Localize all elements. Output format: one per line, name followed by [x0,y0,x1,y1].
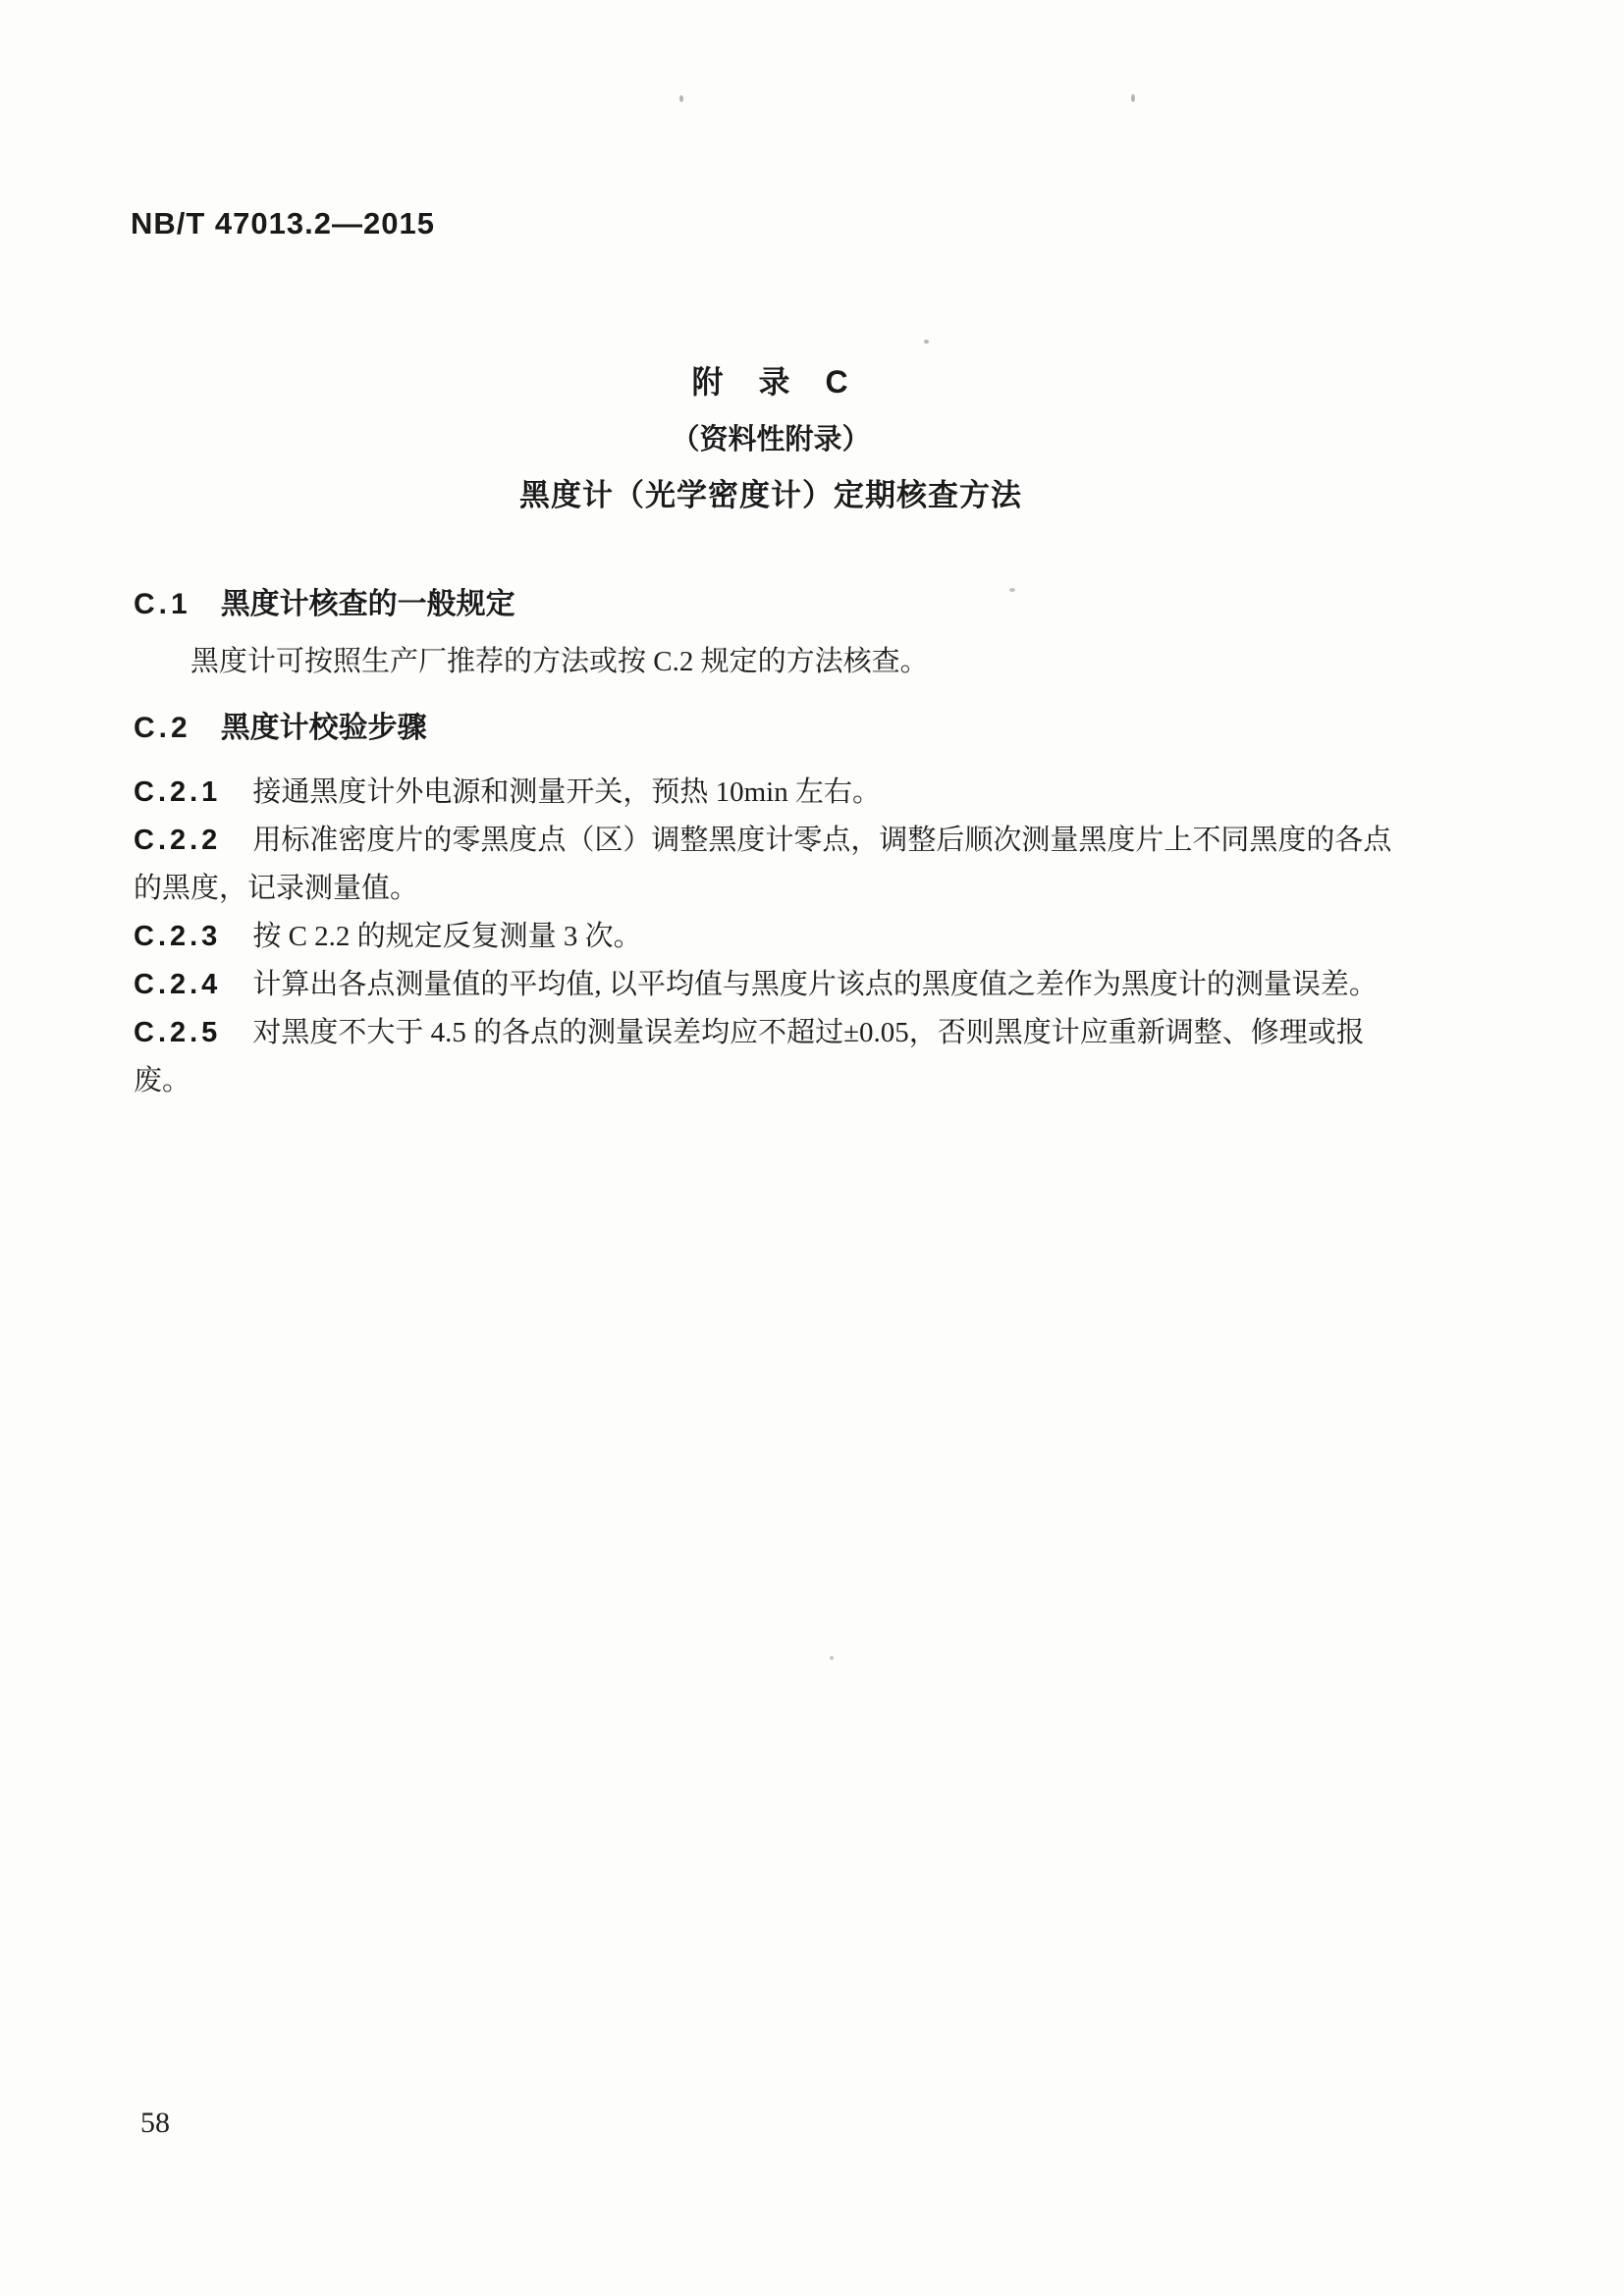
clause-c224-text: 计算出各点测量值的平均值, 以平均值与黑度片该点的黑度值之差作为黑度计的测量误差… [252,969,1378,1000]
scan-speck [679,95,683,102]
clause-c224: C.2.4计算出各点测量值的平均值, 以平均值与黑度片该点的黑度值之差作为黑度计… [134,961,1396,1009]
clause-c222-label: C.2.2 [134,825,221,856]
section-c2-heading: C.2黑度计校验步骤 [134,703,427,746]
clause-c223: C.2.3按 C 2.2 的规定反复测量 3 次。 [134,913,1396,961]
appendix-title: 附 录 C [0,357,1542,402]
standard-code-header: NB/T 47013.2—2015 [131,206,435,241]
clause-c221: C.2.1接通黑度计外电源和测量开关，预热 10min 左右。 [134,769,1396,817]
section-c2-clauses: C.2.1接通黑度计外电源和测量开关，预热 10min 左右。 C.2.2用标准… [134,769,1396,1105]
section-c2-label: C.2 [134,712,191,744]
clause-c223-label: C.2.3 [134,921,221,952]
clause-c222: C.2.2用标准密度片的零黑度点（区）调整黑度计零点，调整后顺次测量黑度片上不同… [134,817,1396,913]
clause-c222-text: 用标准密度片的零黑度点（区）调整黑度计零点，调整后顺次测量黑度片上不同黑度的各点… [134,825,1391,904]
clause-c221-label: C.2.1 [134,776,221,808]
clause-c225: C.2.5对黑度不大于 4.5 的各点的测量误差均应不超过±0.05，否则黑度计… [134,1009,1396,1105]
section-c1-label: C.1 [134,588,191,620]
clause-c224-label: C.2.4 [134,969,221,1000]
document-page: NB/T 47013.2—2015 附 录 C （资料性附录） 黑度计（光学密度… [0,0,1624,2296]
scan-speck [924,340,929,344]
page-number: 58 [140,2107,170,2140]
section-c1-heading: C.1黑度计核查的一般规定 [134,579,515,622]
section-c1-heading-text: 黑度计核查的一般规定 [221,588,515,620]
scan-speck [830,1656,834,1660]
clause-c225-label: C.2.5 [134,1017,221,1048]
clause-c223-text: 按 C 2.2 的规定反复测量 3 次。 [252,921,641,952]
clause-c221-text: 接通黑度计外电源和测量开关，预热 10min 左右。 [252,776,881,808]
scan-speck [1131,94,1135,102]
appendix-name: 黑度计（光学密度计）定期核查方法 [0,470,1542,514]
appendix-title-block: 附 录 C （资料性附录） 黑度计（光学密度计）定期核查方法 [0,357,1542,514]
section-c1-paragraph: 黑度计可按照生产厂推荐的方法或按 C.2 规定的方法核查。 [134,638,1396,686]
scan-speck [1009,588,1015,592]
section-c2-heading-text: 黑度计校验步骤 [221,712,427,744]
appendix-subtitle: （资料性附录） [0,417,1542,457]
clause-c225-text: 对黑度不大于 4.5 的各点的测量误差均应不超过±0.05，否则黑度计应重新调整… [134,1017,1365,1096]
